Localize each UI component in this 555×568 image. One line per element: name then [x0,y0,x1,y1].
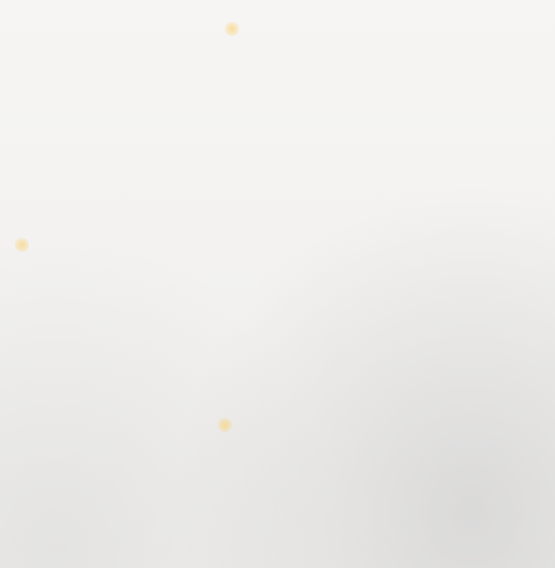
watermark-logo-dot [225,22,239,36]
scanned-exam-page [0,0,555,568]
watermark-logo-dot-2 [15,238,29,252]
watermark-logo-dot-3 [218,418,232,432]
